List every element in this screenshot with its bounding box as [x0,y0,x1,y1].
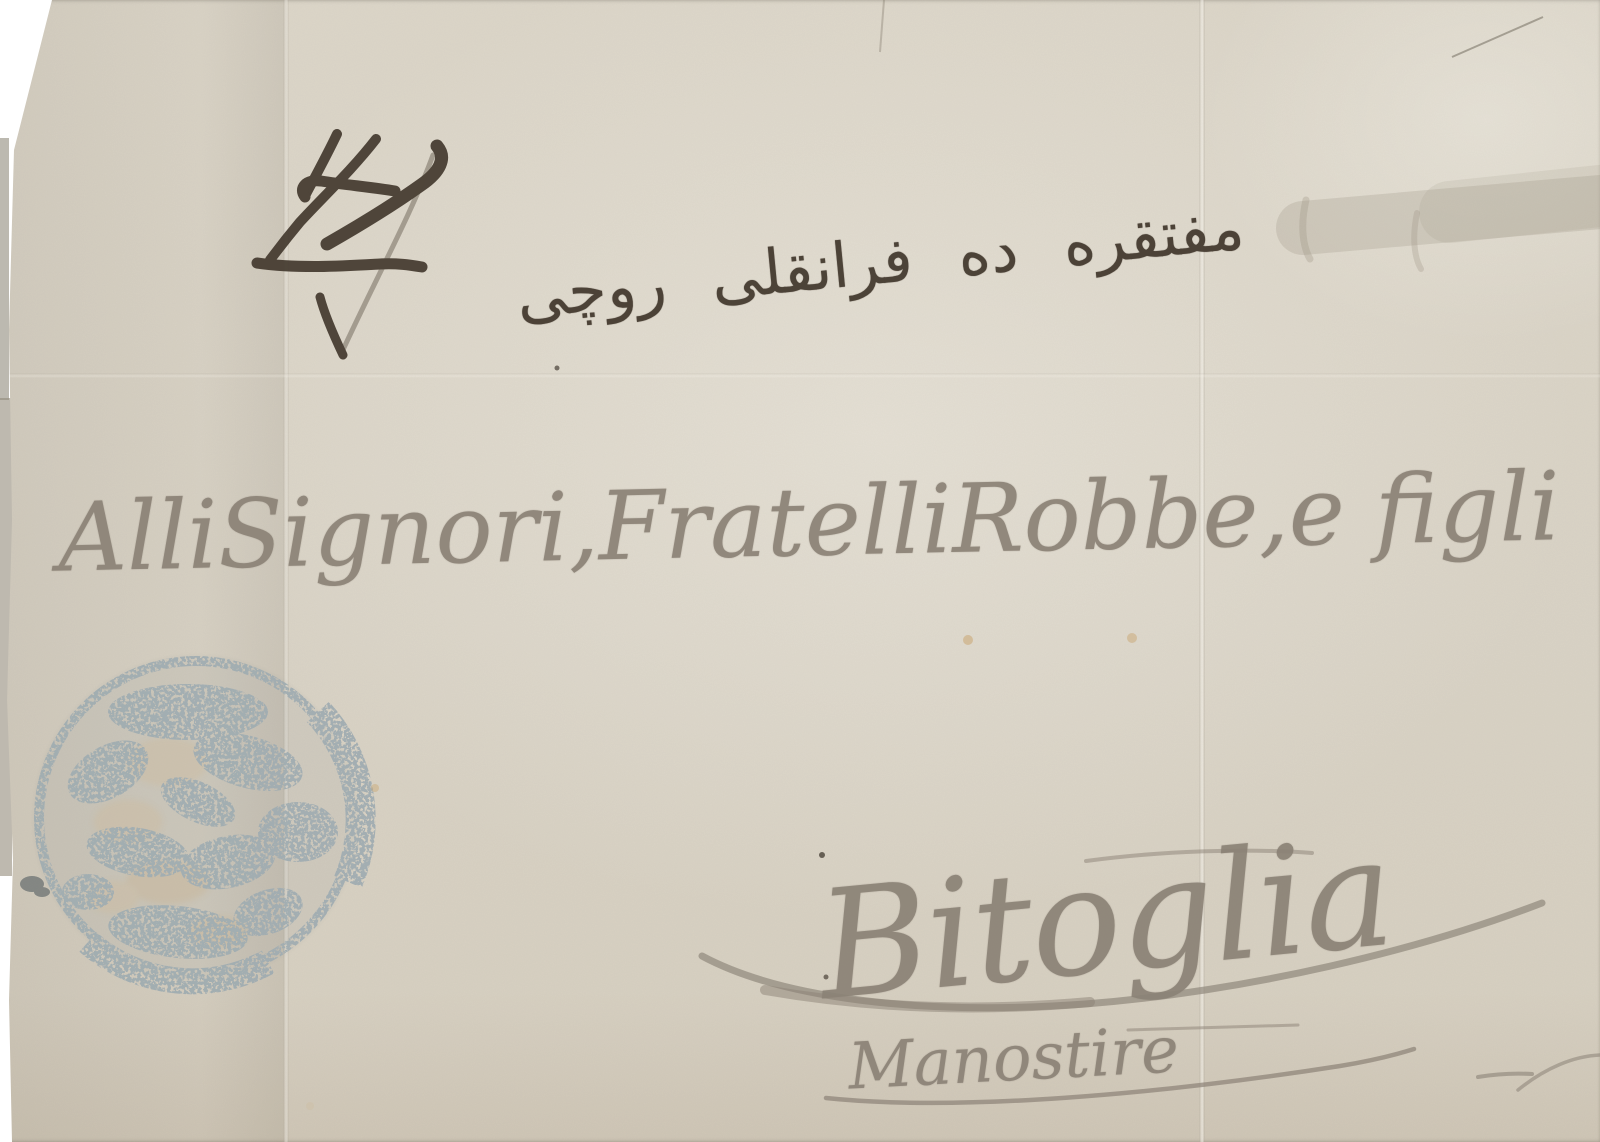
letter-paper: مفتقره ده فرانقلى روچى Alli Signori, Fra… [0,0,1600,1142]
address-word: e figli [1287,452,1561,568]
tariff-mark [257,134,442,355]
address-word: Robbe, [951,458,1290,575]
address-word: Signori, [217,472,600,590]
letter-scan: مفتقره ده فرانقلى روچى Alli Signori, Fra… [0,0,1600,1142]
paper-edge-shadow [0,138,9,400]
address-word: Fratelli [597,465,953,582]
address-word: Alli [57,480,219,593]
smudge-mark [1303,196,1600,269]
